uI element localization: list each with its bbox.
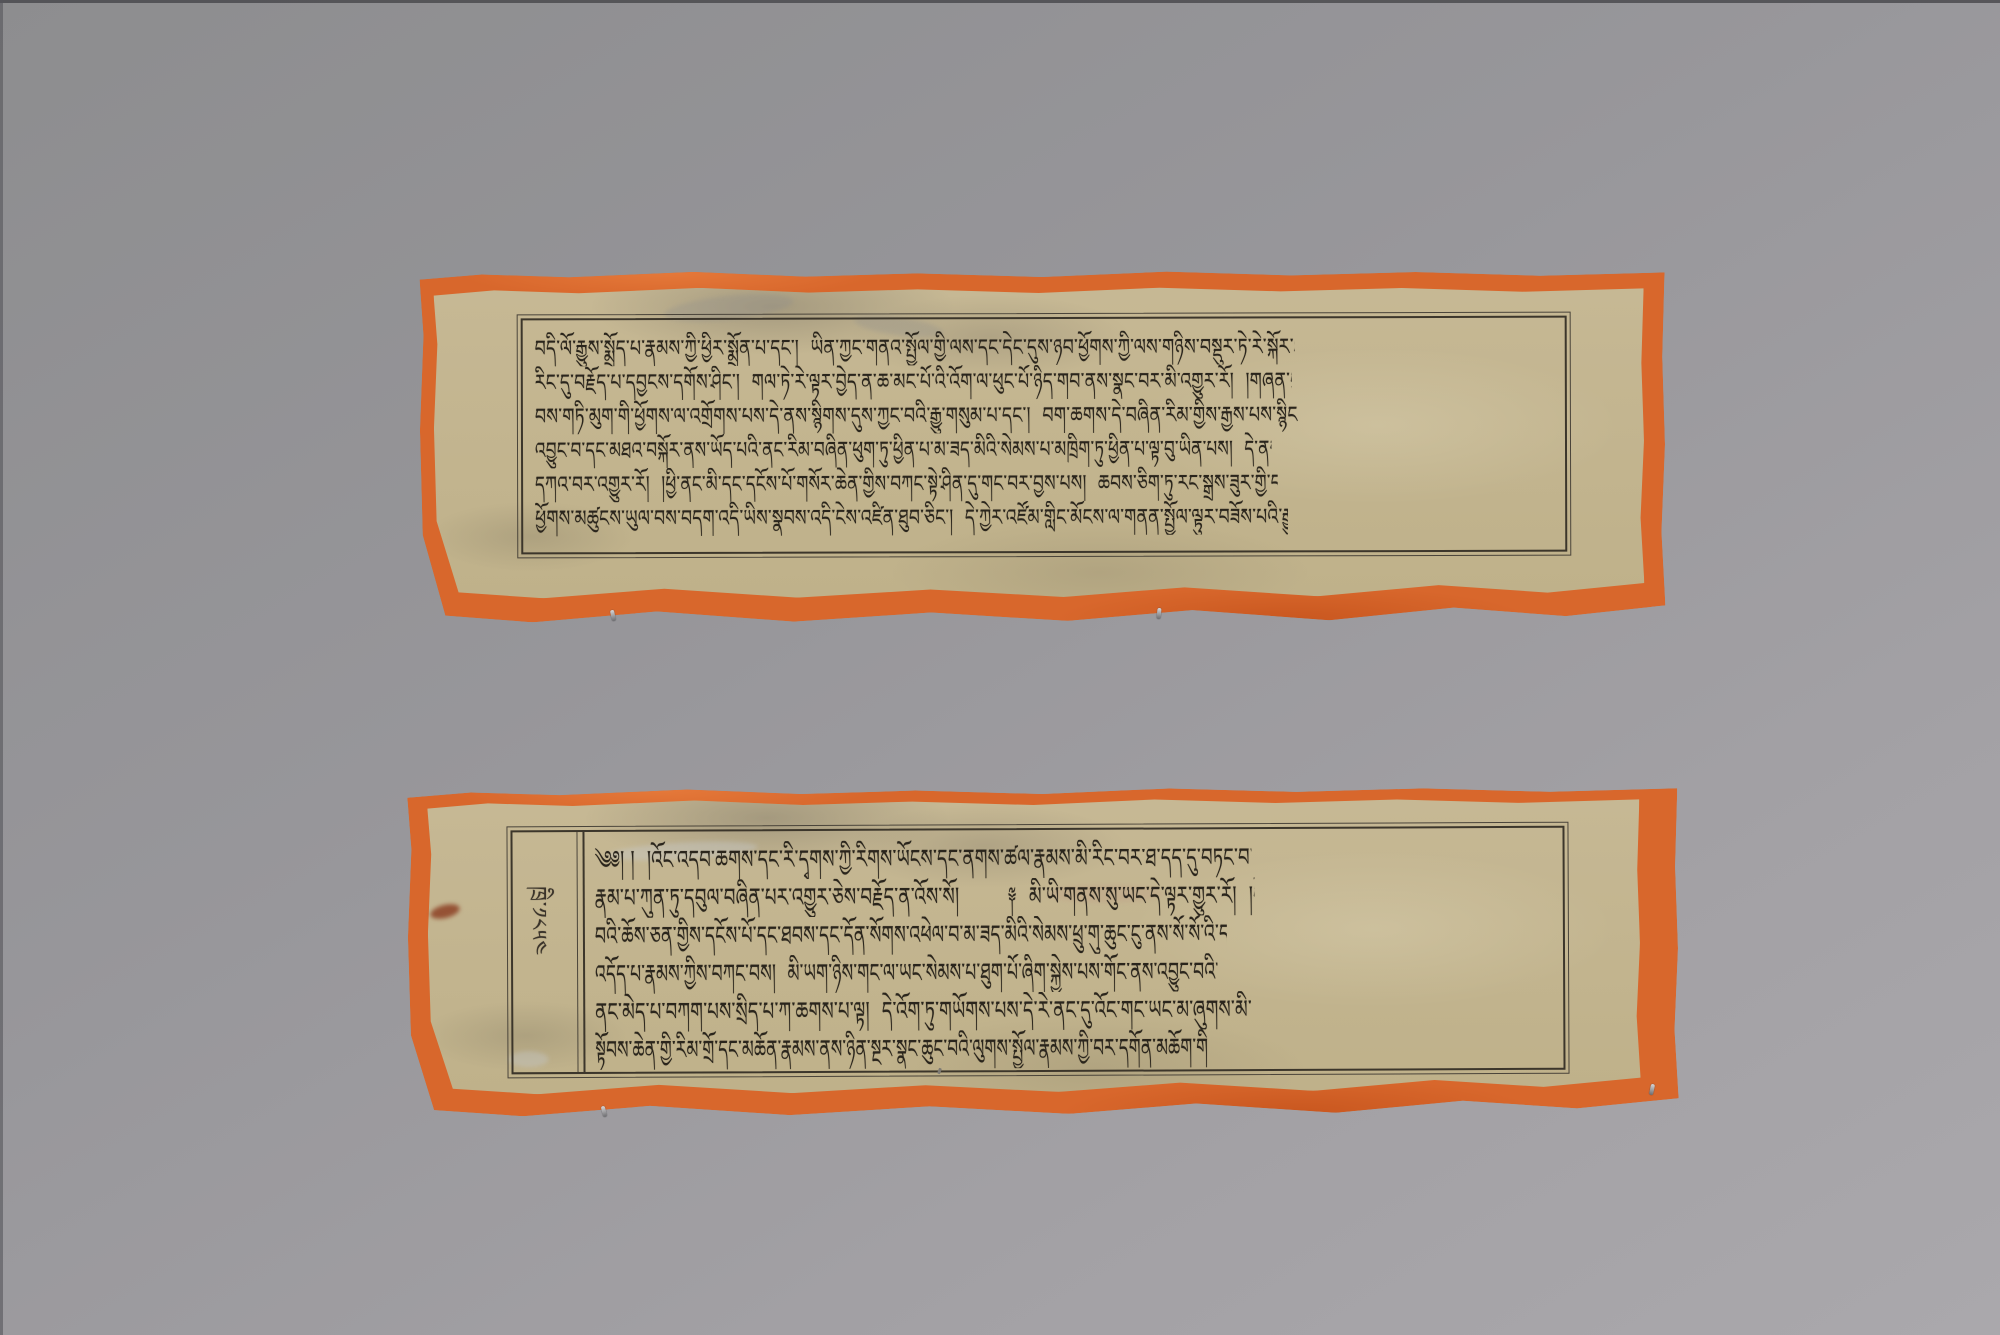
text-line: ནང་མེད་པ་བཀག་པས་སྲིད་པ་ཀ་ཆགས་པ་ལྟ། དེ་འོ…	[595, 991, 1251, 1032]
text-line: བདི་ལོ་རྒྱུས་སྨྲོད་པ་རྣམས་ཀྱི་ཕྱིར་སྨྲོན…	[535, 330, 1295, 366]
text-line: ཕྱོགས་མཚུངས་ཡུལ་བས་བདག་འདི་ཡིས་སྣབས་འདི་…	[535, 500, 1288, 536]
bottom-folio-text-frame: ཁྲི་༡༨༥༤ ༄༅། ། །འོང་འདབ་ཆགས་དང་རི་དྭགས་ཀ…	[510, 826, 1565, 1075]
bottom-folio-paper: ཁྲི་༡༨༥༤ ༄༅། ། །འོང་འདབ་ཆགས་དང་རི་དྭགས་ཀ…	[427, 796, 1640, 1094]
text-line: བས་གཏི་མུག་གི་ཕྱོགས་ལ་འགྲོགས་པས་དེ་ནས་སྙ…	[535, 398, 1298, 434]
top-folio-paper: བདི་ལོ་རྒྱུས་སྨྲོད་པ་རྣམས་ཀྱི་ཕྱིར་སྨྲོན…	[434, 285, 1645, 598]
text-line: རིང་དུ་བརྗོད་པ་དབྱངས་དགོས་ཤིང་། གལ་ཏེ་རེ…	[535, 364, 1292, 400]
folio-margin-column: ཁྲི་༡༨༥༤	[512, 832, 585, 1072]
folio-marker-label: ཁྲི་༡༨༥༤	[536, 886, 563, 1040]
text-line: དཀའ་བར་འགྱུར་རོ། །ཕྱི་ནང་མི་དང་དངོས་པོ་ག…	[535, 466, 1278, 502]
text-line: འབྱུང་བ་དང་མཐའ་བསྐོར་ནས་ཡོད་པའི་ནང་རིམ་བ…	[535, 432, 1272, 468]
photograph-background: བདི་ལོ་རྒྱུས་སྨྲོད་པ་རྣམས་ཀྱི་ཕྱིར་སྨྲོན…	[0, 0, 2000, 1335]
text-line: འདོད་པ་རྣམས་ཀྱིས་བཀང་བས། མི་ཡག་ཉིས་གང་ལ་…	[595, 953, 1218, 994]
text-line: སྟོབས་ཆེན་གྱི་རིམ་གྲོ་དང་མཆོན་རྣམས་ནས་ཉི…	[595, 1029, 1208, 1070]
bottom-folio: ཁྲི་༡༨༥༤ ༄༅། ། །འོང་འདབ་ཆགས་དང་རི་དྭགས་ཀ…	[407, 785, 1678, 1117]
text-line: བའི་ཆོས་ཅན་གྱིས་དངོས་པོ་དང་ཐབས་དང་དོན་སོ…	[595, 915, 1227, 956]
top-folio: བདི་ལོ་རྒྱུས་སྨྲོད་པ་རྣམས་ཀྱི་ཕྱིར་སྨྲོན…	[420, 269, 1666, 622]
top-folio-text-frame: བདི་ལོ་རྒྱུས་སྨྲོད་པ་རྣམས་ཀྱི་ཕྱིར་སྨྲོན…	[521, 316, 1568, 555]
bottom-folio-text-block: ༄༅། ། །འོང་འདབ་ཆགས་དང་རི་དྭགས་ཀྱི་རིགས་ཡ…	[584, 828, 1563, 1072]
text-line: རྣམ་པ་ཀུན་ཏུ་དབུལ་བཞིན་པར་འགྱུར་ཅེས་བརྗོ…	[595, 877, 1255, 918]
text-line: ༄༅། ། །འོང་འདབ་ཆགས་དང་རི་དྭགས་ཀྱི་རིགས་ཡ…	[595, 839, 1252, 880]
mounting-pin	[1156, 608, 1161, 619]
